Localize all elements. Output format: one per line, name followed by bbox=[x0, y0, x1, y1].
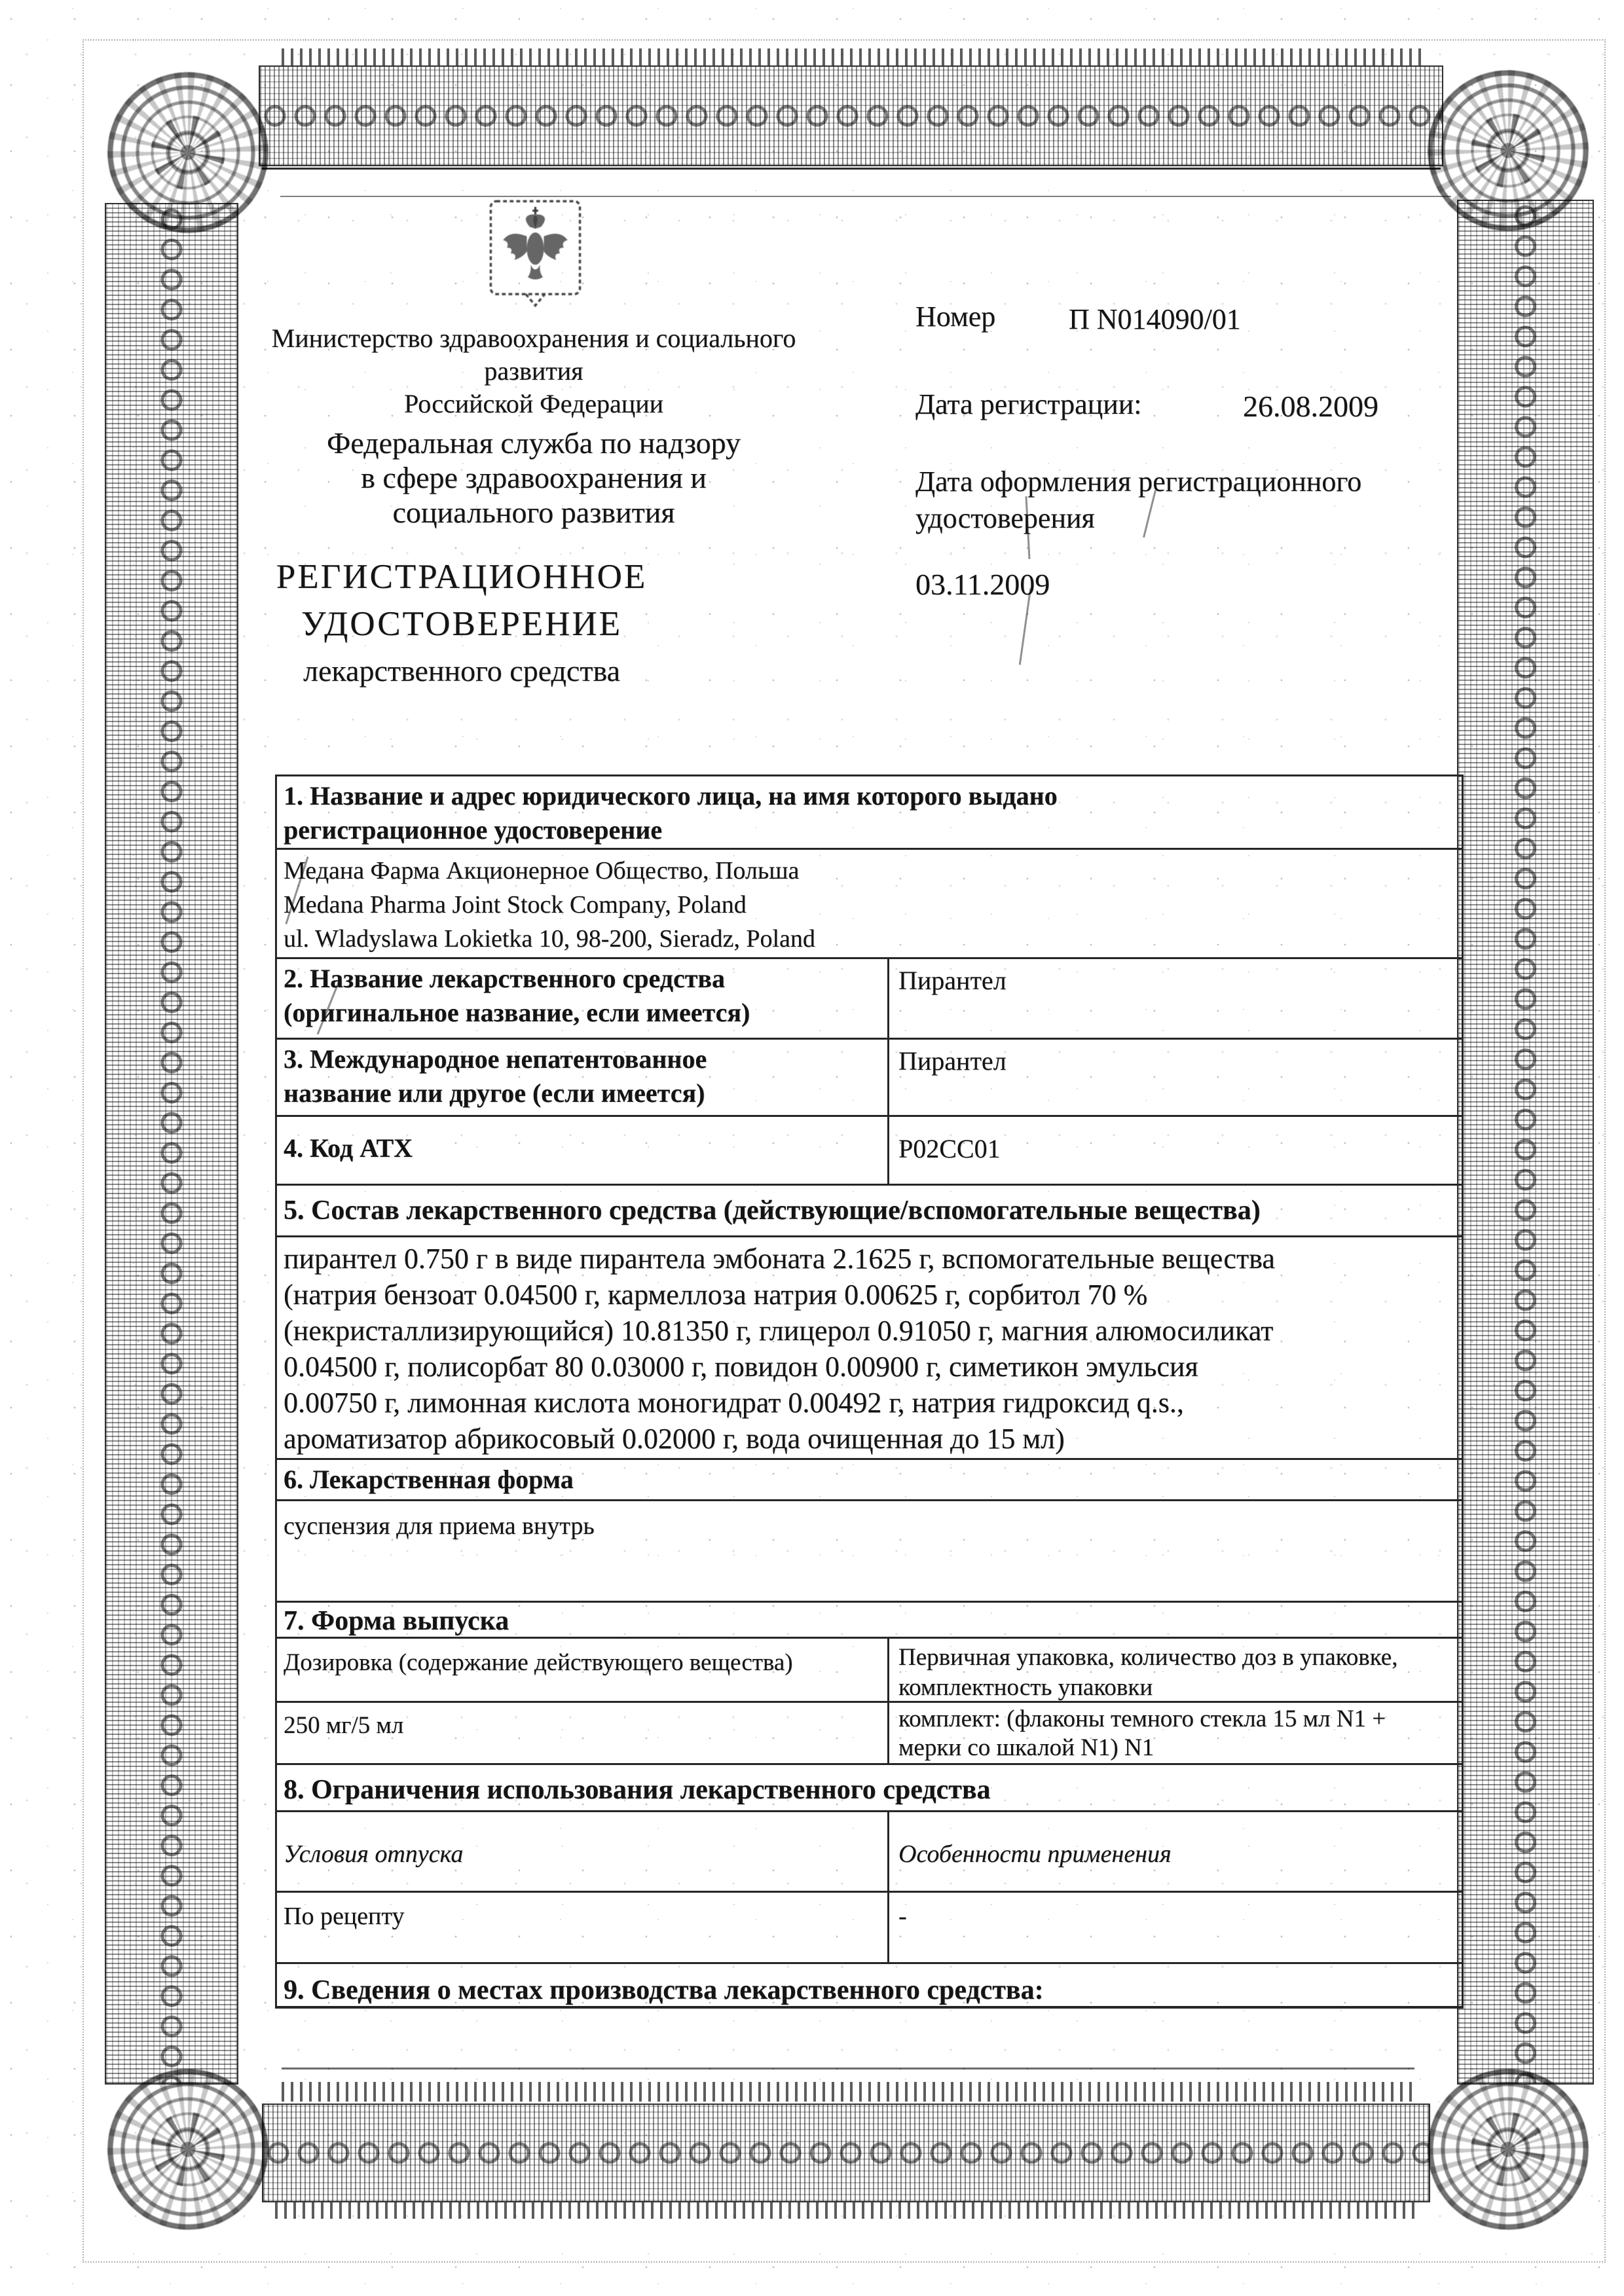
number-label: Номер bbox=[915, 300, 995, 333]
corner-rosette-bottom-left bbox=[107, 2069, 268, 2230]
registration-certificate-scan: { "meta": { "document_kind": "Регистраци… bbox=[0, 0, 1624, 2296]
composition-line: (натрия бензоат 0.04500 г, кармеллоза на… bbox=[284, 1277, 1456, 1313]
issue-date-label-line: Дата оформления регистрационного bbox=[915, 464, 1452, 500]
atc-code-value: P02CC01 bbox=[889, 1117, 1462, 1184]
document-title: РЕГИСТРАЦИОННОЕ УДОСТОВЕРЕНИЕ лекарствен… bbox=[196, 553, 727, 691]
holder-name-en: Medana Pharma Joint Stock Company, Polan… bbox=[284, 888, 1456, 922]
packaging-value-line: комплект: (флаконы темного стекла 15 мл … bbox=[898, 1705, 1456, 1734]
section-3-title: 3. Международное непатентованное названи… bbox=[277, 1040, 889, 1115]
border-fringe-bottom-lower bbox=[275, 2202, 1414, 2219]
section-6-title: 6. Лекарственная форма bbox=[277, 1460, 1462, 1501]
service-line: Федеральная служба по надзору bbox=[236, 426, 832, 460]
dosage-value: 250 мг/5 мл bbox=[277, 1703, 889, 1763]
composition-line: ароматизатор абрикосовый 0.02000 г, вода… bbox=[284, 1421, 1456, 1457]
section-3-title-line: 3. Международное непатентованное bbox=[284, 1042, 882, 1076]
border-fringe-bottom-upper bbox=[282, 2082, 1414, 2102]
packaging-column-header: Первичная упаковка, количество доз в упа… bbox=[889, 1639, 1462, 1701]
border-band-right bbox=[1457, 200, 1594, 2085]
section-3-row: 3. Международное непатентованное названи… bbox=[277, 1040, 1462, 1117]
issue-date-label-line: удостоверения bbox=[915, 500, 1452, 537]
license-holder-block: Медана Фарма Акционерное Общество, Польш… bbox=[277, 850, 1462, 959]
application-features-value: - bbox=[889, 1893, 1462, 1962]
dispensing-conditions-value: По рецепту bbox=[277, 1893, 889, 1962]
section-2-title-line: (оригинальное название, если имеется) bbox=[284, 996, 882, 1030]
section-9-title-line: 9. Сведения о местах производства лекарс… bbox=[284, 1973, 1456, 2007]
packaging-column-header-line: Первичная упаковка, количество доз в упа… bbox=[898, 1643, 1456, 1673]
composition-line: (некристаллизирующийся) 10.81350 г, глиц… bbox=[284, 1313, 1456, 1349]
document-title-line: РЕГИСТРАЦИОННОЕ bbox=[196, 553, 727, 600]
service-line: в сфере здравоохранения и bbox=[236, 460, 832, 495]
dispensing-conditions-header: Условия отпуска bbox=[277, 1812, 889, 1891]
section-5-title-line: 5. Состав лекарственного средства (дейст… bbox=[284, 1194, 1456, 1228]
issue-date-label: Дата оформления регистрационного удостов… bbox=[915, 464, 1452, 537]
packaging-column-header-line: комплектность упаковки bbox=[898, 1673, 1456, 1703]
section-6-title-line: 6. Лекарственная форма bbox=[284, 1463, 1456, 1497]
section-5-title: 5. Состав лекарственного средства (дейст… bbox=[277, 1186, 1462, 1237]
border-inner-line-top bbox=[262, 168, 1441, 170]
border-inner-line-top-2 bbox=[280, 196, 1451, 197]
registration-date-value: 26.08.2009 bbox=[1243, 389, 1378, 424]
packaging-value: комплект: (флаконы темного стекла 15 мл … bbox=[889, 1703, 1462, 1763]
drug-name-value: Пирантел bbox=[889, 959, 1462, 1038]
composition-text: пирантел 0.750 г в виде пирантела эмбона… bbox=[277, 1237, 1462, 1460]
section-8-title: 8. Ограничения использования лекарственн… bbox=[277, 1765, 1462, 1812]
section-2-title-line: 2. Название лекарственного средства bbox=[284, 962, 882, 996]
section-7-title: 7. Форма выпуска bbox=[277, 1603, 1462, 1639]
federal-service-name: Федеральная служба по надзору в сфере зд… bbox=[236, 426, 832, 530]
section-4-title-line: 4. Код АТХ bbox=[284, 1131, 882, 1165]
section-1-title-line: 1. Название и адрес юридического лица, н… bbox=[284, 779, 1456, 813]
border-band-bottom bbox=[262, 2104, 1430, 2202]
registration-date-label: Дата регистрации: bbox=[915, 388, 1142, 421]
number-value: П N014090/01 bbox=[1069, 302, 1241, 336]
section-4-title: 4. Код АТХ bbox=[277, 1117, 889, 1184]
restrictions-data-row: По рецепту - bbox=[277, 1893, 1462, 1964]
ministry-name: Министерство здравоохранения и социально… bbox=[236, 322, 832, 420]
ministry-line: развития bbox=[236, 355, 832, 388]
section-4-row: 4. Код АТХ P02CC01 bbox=[277, 1117, 1462, 1186]
section-2-row: 2. Название лекарственного средства (ори… bbox=[277, 959, 1462, 1040]
russian-coat-of-arms-icon bbox=[488, 198, 583, 308]
dosage-column-header: Дозировка (содержание действующего вещес… bbox=[277, 1639, 889, 1701]
application-features-header: Особенности применения bbox=[889, 1812, 1462, 1891]
section-1-title: 1. Название и адрес юридического лица, н… bbox=[277, 776, 1462, 850]
section-2-title: 2. Название лекарственного средства (ори… bbox=[277, 959, 889, 1038]
corner-rosette-top-left bbox=[107, 72, 268, 233]
service-line: социального развития bbox=[236, 495, 832, 530]
composition-line: 0.04500 г, полисорбат 80 0.03000 г, пови… bbox=[284, 1349, 1456, 1385]
ministry-line: Министерство здравоохранения и социально… bbox=[236, 322, 832, 355]
border-fringe-top bbox=[282, 48, 1421, 67]
section-7-title-line: 7. Форма выпуска bbox=[284, 1604, 1456, 1638]
composition-line: пирантел 0.750 г в виде пирантела эмбона… bbox=[284, 1241, 1456, 1277]
composition-line: 0.00750 г, лимонная кислота моногидрат 0… bbox=[284, 1385, 1456, 1421]
section-3-title-line: название или другое (если имеется) bbox=[284, 1076, 882, 1110]
release-form-data-row: 250 мг/5 мл комплект: (флаконы темного с… bbox=[277, 1703, 1462, 1765]
holder-name-ru: Медана Фарма Акционерное Общество, Польш… bbox=[284, 854, 1456, 888]
document-title-line: лекарственного средства bbox=[196, 651, 727, 691]
release-form-header-row: Дозировка (содержание действующего вещес… bbox=[277, 1639, 1462, 1703]
ministry-line: Российской Федерации bbox=[236, 388, 832, 420]
restrictions-header-row: Условия отпуска Особенности применения bbox=[277, 1812, 1462, 1893]
issue-date-value: 03.11.2009 bbox=[915, 567, 1050, 602]
section-1-title-line: регистрационное удостоверение bbox=[284, 813, 1456, 847]
border-band-top bbox=[259, 65, 1443, 166]
document-title-line: УДОСТОВЕРЕНИЕ bbox=[196, 600, 727, 647]
section-8-title-line: 8. Ограничения использования лекарственн… bbox=[284, 1773, 1456, 1807]
section-9-title: 9. Сведения о местах производства лекарс… bbox=[277, 1964, 1462, 2009]
corner-rosette-top-right bbox=[1428, 70, 1589, 231]
border-inner-line-bottom bbox=[282, 2068, 1414, 2069]
dosage-form-value: суспензия для приема внутрь bbox=[277, 1501, 1462, 1603]
inn-value: Пирантел bbox=[889, 1040, 1462, 1115]
packaging-value-line: мерки со шкалой N1) N1 bbox=[898, 1734, 1456, 1762]
border-band-left bbox=[105, 203, 238, 2085]
holder-address: ul. Wladyslawa Lokietka 10, 98-200, Sier… bbox=[284, 922, 1456, 956]
certificate-table: 1. Название и адрес юридического лица, н… bbox=[275, 774, 1464, 2009]
corner-rosette-bottom-right bbox=[1428, 2069, 1589, 2230]
